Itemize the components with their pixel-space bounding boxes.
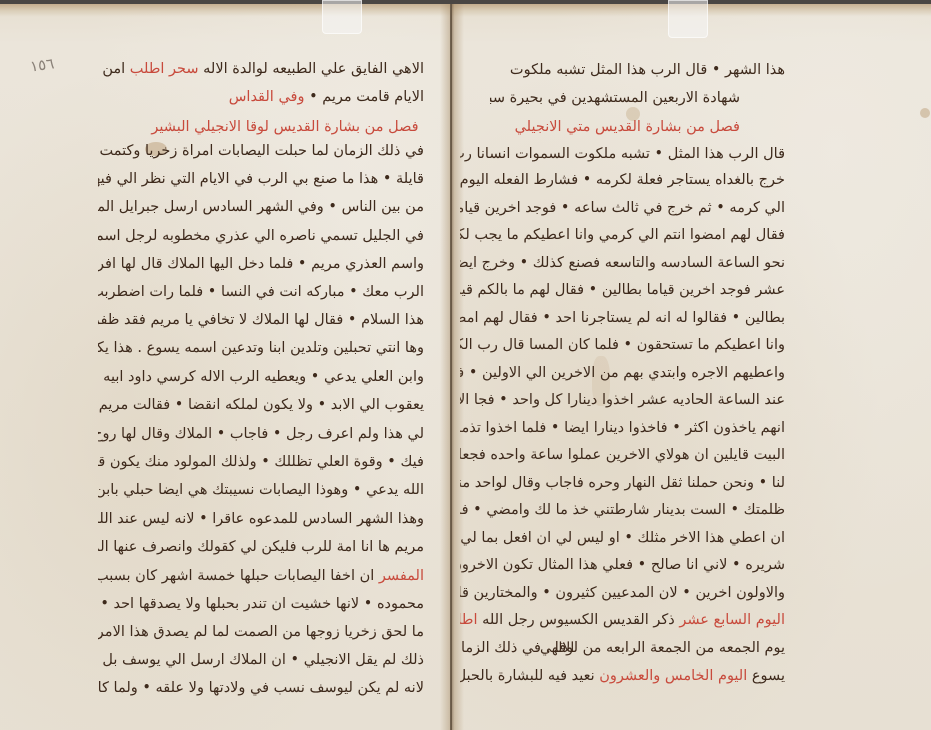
text-line: واسم العذري مريم • فلما دخل اليها الملاك…: [98, 254, 424, 274]
text-line: ما لحق زخريا زوجها من الصمت لما لم يصدق …: [98, 622, 424, 642]
rubric-text: اليوم السابع عشر: [679, 612, 785, 628]
ink-text: شهادة الاربعين المستشهدين في بحيرة سبسطي…: [490, 90, 740, 106]
ink-text: خرج بالغداه يستاجر فعلة لكرمه • فشارط ال…: [460, 172, 785, 188]
ink-text: وهذا الشهر السادس للمدعوه عاقرا • لانه ل…: [98, 511, 424, 527]
ink-text: ان اعطي هذا الاخر مثلك • او ليس لي ان اف…: [460, 530, 785, 546]
text-line: المفسر ان اخفا اليصابات حبلها خمسة اشهر …: [98, 566, 424, 586]
text-line: محموده • لانها خشيت ان تندر بحبلها ولا ي…: [98, 594, 424, 614]
text-line: في الجليل تسمي ناصره الي عذري مخطوبه لرج…: [98, 226, 424, 246]
text-line: وها انتي تحبلين وتلدين ابنا وتدعين اسمه …: [98, 338, 424, 358]
left-page: ١٥٦ الاهي الفايق علي الطبيعه لوالدة الال…: [0, 4, 450, 730]
ink-text: يوم الجمعه من الجمعة الرابعه من لوقا . ف…: [460, 640, 785, 656]
text-line: شريره • لاني انا صالح • فعلي هذا المثال …: [460, 555, 785, 575]
ink-text: هذا الشهر • قال الرب هذا المثل تشبه ملكو…: [510, 62, 785, 78]
ink-text: يسوع: [752, 668, 785, 684]
text-line: ذلك لم يقل الانجيلي • ان الملاك ارسل الي…: [98, 650, 424, 670]
ink-text: محموده • لانها خشيت ان تندر بحبلها ولا ي…: [98, 596, 424, 612]
text-line: يعقوب الي الابد • ولا يكون لملكه انقضا •…: [98, 395, 424, 415]
rubric-text: المفسر: [379, 568, 424, 584]
ink-text: فصل من بشارة القديس متي الانجيلي البشير: [510, 119, 740, 135]
ink-text: الايام قامت مريم •: [309, 89, 424, 105]
rubric-heading: فصل من بشارة القديس لوقا الانجيلي البشير: [150, 117, 420, 137]
text-line: هذا الشهر • قال الرب هذا المثل تشبه ملكو…: [507, 60, 785, 80]
text-line: عشر فوجد اخرين قياما بطالين • فقال لهم م…: [460, 280, 785, 300]
text-line: واعطيهم الاجره وابتدي بهم من الاخرين الي…: [460, 363, 785, 383]
text-line: لنا • ونحن حملنا ثقل النهار وحره فاجاب و…: [460, 473, 785, 493]
ink-text: ظلمتك • الست بدينار شارطتني خذ ما لك وام…: [460, 502, 785, 518]
ink-text: فقال لهم امضوا انتم الي كرمي وانا اعطيكم…: [460, 227, 785, 243]
text-line: والاولون اخرين • لان المدعيين كثيرون • و…: [460, 583, 785, 603]
text-line: من بين الناس • وفي الشهر السادس ارسل جبر…: [98, 197, 424, 217]
right-page: هذا الشهر • قال الرب هذا المثل تشبه ملكو…: [452, 4, 931, 730]
ink-text: نعيد فيه للبشارة بالحبل: [460, 668, 599, 684]
ink-text: وابن العلي يدعي • ويعطيه الرب الاله كرسي…: [98, 369, 424, 385]
ink-text: وها انتي تحبلين وتلدين ابنا وتدعين اسمه …: [98, 340, 424, 356]
ink-text: فيك • وقوة العلي تظللك • ولذلك المولود م…: [98, 454, 424, 470]
text-line: وهذا الشهر السادس للمدعوه عاقرا • لانه ل…: [98, 509, 424, 529]
ink-text: الله يدعي • وهوذا اليصابات نسيبتك هي ايض…: [98, 482, 424, 498]
text-line: شهادة الاربعين المستشهدين في بحيرة سبسطي…: [490, 88, 740, 108]
ink-text: قال الرب هذا المثل • تشبه ملكوت السموات …: [460, 146, 785, 162]
text-line: اليوم السابع عشر ذكر القديس الكسيوس رجل …: [460, 610, 785, 630]
ink-text: عشر فوجد اخرين قياما بطالين • فقال لهم م…: [460, 282, 785, 298]
repair-tape-right: [668, 0, 708, 38]
text-line: هذا السلام • فقال لها الملاك لا تخافي يا…: [98, 310, 424, 330]
ink-text: واعطيهم الاجره وابتدي بهم من الاخرين الي…: [460, 365, 785, 381]
ink-text: انهم ياخذون اكثر • فاخذوا دينارا ايضا • …: [460, 420, 785, 436]
rubric-text: سحر اطلب: [130, 61, 203, 77]
text-line: الي كرمه • ثم خرج في ثالث ساعه • فوجد اخ…: [460, 198, 785, 218]
ink-text: بطالين • فقالوا له انه لم يستاجرنا احد •…: [460, 310, 785, 326]
text-line: الله يدعي • وهوذا اليصابات نسيبتك هي ايض…: [98, 480, 424, 500]
ink-text: الاهي الفايق علي الطبيعه لوالدة الاله: [203, 61, 424, 77]
text-line: لي هذا ولم اعرف رجل • فاجاب • الملاك وقا…: [98, 424, 424, 444]
ink-text: عند الساعة الحاديه عشر اخذوا دينارا كل و…: [460, 392, 785, 408]
text-line: نحو الساعة السادسه والتاسعه فصنع كذلك • …: [460, 253, 785, 273]
ink-text: لنا • ونحن حملنا ثقل النهار وحره فاجاب و…: [460, 475, 785, 491]
ink-text: واسم العذري مريم • فلما دخل اليها الملاك…: [98, 256, 424, 272]
rubric-text: وفي القداس: [229, 89, 309, 105]
ink-text: لانه لم يكن ليوسف نسب في ولادتها ولا علق…: [98, 680, 424, 696]
ink-text: في الجليل تسمي ناصره الي عذري مخطوبه لرج…: [98, 228, 424, 244]
ink-text: هذا السلام • فقال لها الملاك لا تخافي يا…: [98, 312, 424, 328]
ink-text: الي كرمه • ثم خرج في ثالث ساعه • فوجد اخ…: [460, 200, 785, 216]
ink-text: امن ايلول . في تلك: [98, 61, 130, 77]
book-gutter: [440, 4, 464, 730]
ink-text: شريره • لاني انا صالح • فعلي هذا المثال …: [460, 557, 785, 573]
text-line: انهم ياخذون اكثر • فاخذوا دينارا ايضا • …: [460, 418, 785, 438]
ink-text: من بين الناس • وفي الشهر السادس ارسل جبر…: [98, 199, 424, 215]
rubric-heading: فصل من بشارة القديس متي الانجيلي البشير: [510, 117, 740, 137]
ink-text: لي هذا ولم اعرف رجل • فاجاب • الملاك وقا…: [98, 426, 424, 442]
text-line: وابن العلي يدعي • ويعطيه الرب الاله كرسي…: [98, 367, 424, 387]
ink-text: مريم ها انا امة للرب فليكن لي كقولك وانص…: [98, 539, 424, 555]
rubric-text: اليوم الخامس والعشرون: [599, 668, 752, 684]
text-line: ظلمتك • الست بدينار شارطتني خذ ما لك وام…: [460, 500, 785, 520]
ink-text: في ذلك الزمان لما حبلت اليصابات امراة زخ…: [98, 143, 424, 159]
text-line: ان اعطي هذا الاخر مثلك • او ليس لي ان اف…: [460, 528, 785, 548]
text-line: الاهي الفايق علي الطبيعه لوالدة الاله سح…: [98, 59, 424, 79]
ink-text: ان اخفا اليصابات حبلها خمسة اشهر كان بسب…: [98, 568, 379, 584]
text-line: خرج بالغداه يستاجر فعلة لكرمه • فشارط ال…: [460, 170, 785, 190]
page-top-edge: [0, 4, 450, 16]
ink-text: ذلك لم يقل الانجيلي • ان الملاك ارسل الي…: [98, 652, 424, 668]
ink-text: البيت قايلين ان هولاي الاخرين عملوا ساعة…: [460, 447, 785, 463]
text-line: يوم الجمعه من الجمعة الرابعه من لوقا . ف…: [460, 638, 785, 658]
text-line: في ذلك الزمان لما حبلت اليصابات امراة زخ…: [98, 141, 424, 161]
text-line: بطالين • فقالوا له انه لم يستاجرنا احد •…: [460, 308, 785, 328]
text-line: فقال لهم امضوا انتم الي كرمي وانا اعطيكم…: [460, 225, 785, 245]
text-line: لانه لم يكن ليوسف نسب في ولادتها ولا علق…: [98, 678, 424, 698]
text-line: يسوع اليوم الخامس والعشرون نعيد فيه للبش…: [460, 666, 785, 686]
repair-tape-left: [322, 0, 362, 34]
ink-text: نحو الساعة السادسه والتاسعه فصنع كذلك • …: [460, 255, 785, 271]
text-line: الايام قامت مريم • وفي القداس: [178, 87, 424, 107]
folio-number: ١٥٦: [29, 54, 55, 75]
text-line: البيت قايلين ان هولاي الاخرين عملوا ساعة…: [460, 445, 785, 465]
text-line: قايلة • هذا ما صنع بي الرب في الايام الت…: [98, 169, 424, 189]
text-line: عند الساعة الحاديه عشر اخذوا دينارا كل و…: [460, 390, 785, 410]
ink-text: والاولون اخرين • لان المدعيين كثيرون • و…: [460, 585, 785, 601]
ink-text: قايلة • هذا ما صنع بي الرب في الايام الت…: [98, 171, 424, 187]
ink-text: وانا اعطيكم ما تستحقون • فلما كان المسا …: [460, 337, 785, 353]
ink-text: ذكر القديس الكسيوس رجل الله: [482, 612, 679, 628]
ink-text: فصل من بشارة القديس لوقا الانجيلي البشير: [151, 119, 418, 135]
manuscript-spread: ١٥٦ الاهي الفايق علي الطبيعه لوالدة الال…: [0, 0, 931, 730]
text-line: فيك • وقوة العلي تظللك • ولذلك المولود م…: [98, 452, 424, 472]
ink-text: الرب معك • مباركه انت في النسا • فلما را…: [98, 284, 424, 300]
text-line: قال الرب هذا المثل • تشبه ملكوت السموات …: [460, 144, 785, 164]
ink-text: يعقوب الي الابد • ولا يكون لملكه انقضا •…: [98, 397, 424, 413]
paper-stain: [920, 108, 930, 118]
ink-text: ما لحق زخريا زوجها من الصمت لما لم يصدق …: [98, 624, 424, 640]
text-line: وانا اعطيكم ما تستحقون • فلما كان المسا …: [460, 335, 785, 355]
text-line: الرب معك • مباركه انت في النسا • فلما را…: [98, 282, 424, 302]
text-line: مريم ها انا امة للرب فليكن لي كقولك وانص…: [98, 537, 424, 557]
catchword: الالهي: [540, 640, 574, 656]
